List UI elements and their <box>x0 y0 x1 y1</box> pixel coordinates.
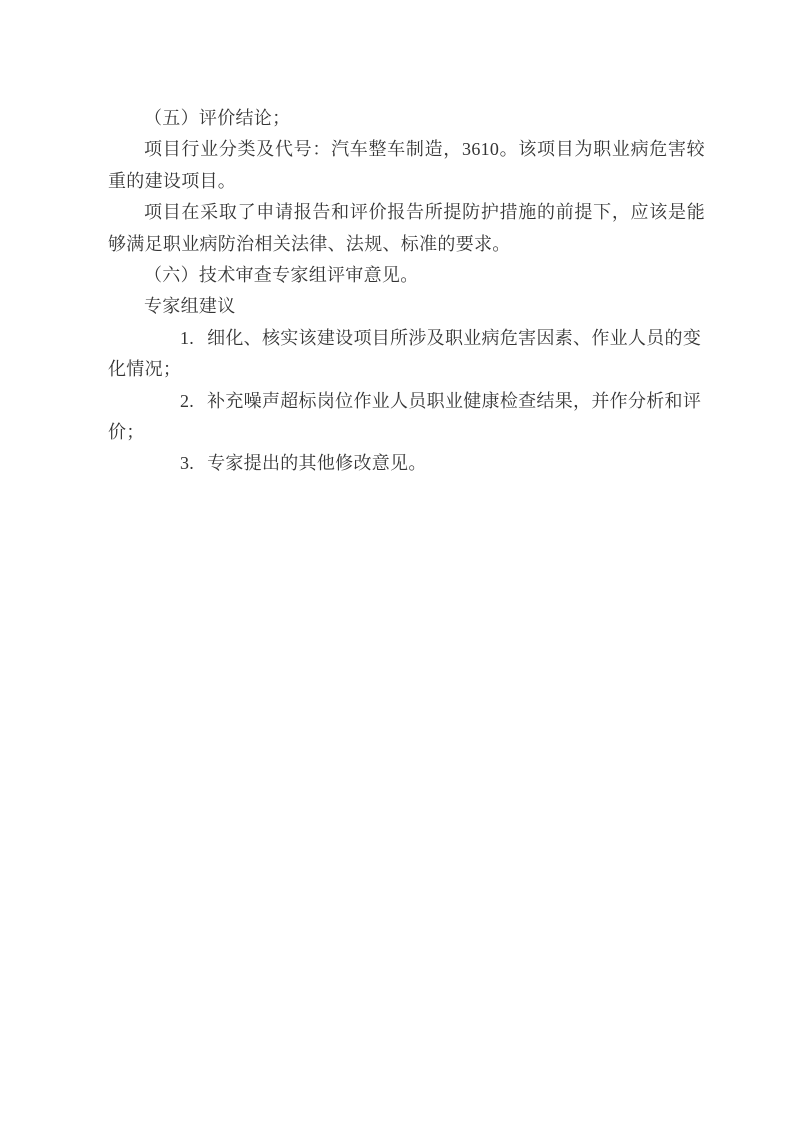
section-5-heading: （五）评价结论； <box>108 103 705 134</box>
expert-group-subheading: 专家组建议 <box>108 291 705 322</box>
section-6-heading: （六）技术审查专家组评审意见。 <box>108 260 705 291</box>
document-content: （五）评价结论； 项目行业分类及代号：汽车整车制造，3610。该项目为职业病危害… <box>108 103 705 480</box>
list-text: 专家提出的其他修改意见。 <box>207 453 427 473</box>
recommendation-item-1: 1.细化、核实该建设项目所涉及职业病危害因素、作业人员的变化情况； <box>108 323 705 386</box>
recommendation-item-3: 3.专家提出的其他修改意见。 <box>108 448 705 479</box>
list-number: 3. <box>144 448 194 479</box>
industry-classification-paragraph: 项目行业分类及代号：汽车整车制造，3610。该项目为职业病危害较重的建设项目。 <box>108 134 705 197</box>
document-page: （五）评价结论； 项目行业分类及代号：汽车整车制造，3610。该项目为职业病危害… <box>0 0 800 1131</box>
list-text: 补充噪声超标岗位作业人员职业健康检查结果，并作分析和评价； <box>108 391 701 442</box>
protection-measures-paragraph: 项目在采取了申请报告和评价报告所提防护措施的前提下，应该是能够满足职业病防治相关… <box>108 197 705 260</box>
list-number: 2. <box>144 386 194 417</box>
recommendation-item-2: 2.补充噪声超标岗位作业人员职业健康检查结果，并作分析和评价； <box>108 386 705 449</box>
list-number: 1. <box>144 323 194 354</box>
list-text: 细化、核实该建设项目所涉及职业病危害因素、作业人员的变化情况； <box>108 328 701 379</box>
